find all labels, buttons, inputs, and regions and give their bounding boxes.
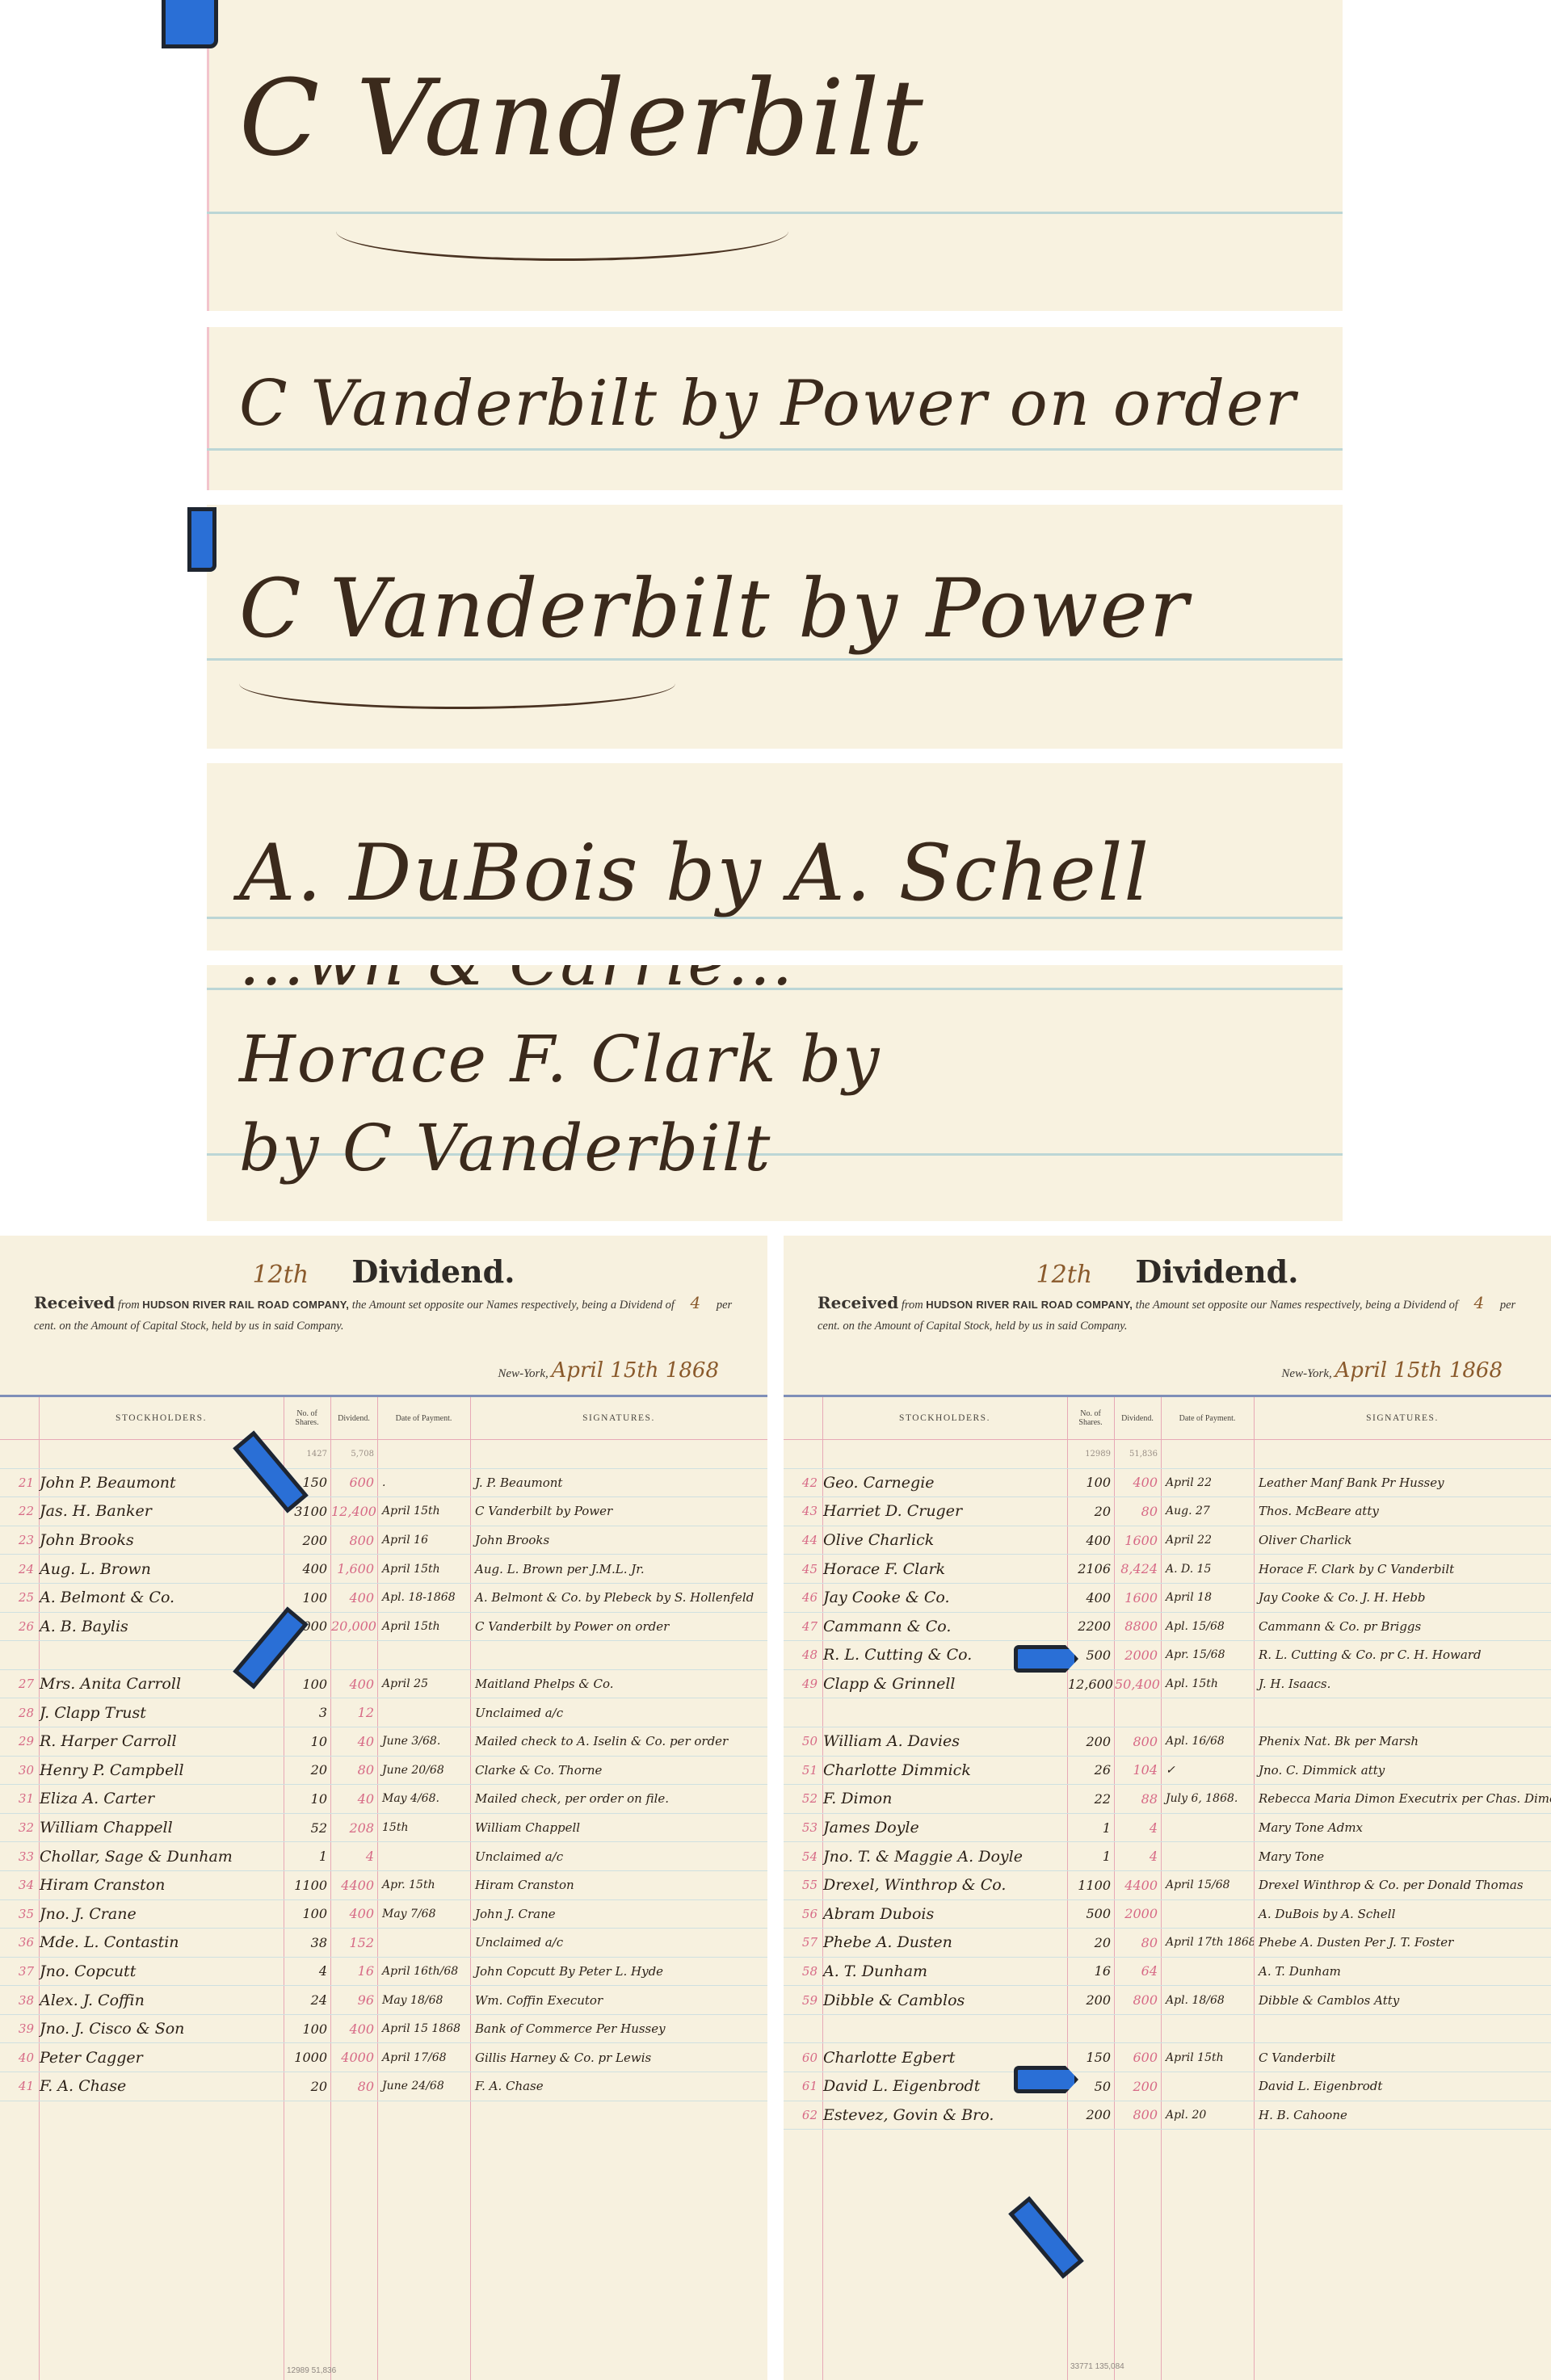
row-number: 57 [784, 1929, 822, 1958]
share-count: 100 [284, 1583, 330, 1612]
row-number [0, 1641, 39, 1670]
stockholder-name: R. Harper Carroll [39, 1727, 284, 1756]
payment-date: Apl. 18/68 [1161, 1986, 1254, 2015]
signature-text-above: ...wn & Carrie... [239, 965, 794, 1000]
row-number: 38 [0, 1986, 39, 2015]
ledger-page-right: 12th Dividend. Received from HUDSON RIVE… [784, 1236, 1551, 2380]
stockholder-name: Clapp & Grinnell [822, 1669, 1067, 1698]
signature: Oliver Charlick [1254, 1526, 1551, 1555]
payment-date: April 15th [377, 1555, 470, 1584]
col-date: Date of Payment. [1161, 1397, 1254, 1440]
dividend-title: 12th Dividend. [784, 1253, 1551, 1290]
share-count: 100 [284, 1669, 330, 1698]
dividend-amount: 800 [330, 1526, 377, 1555]
stockholder-name [822, 1698, 1067, 1727]
table-row: 28J. Clapp Trust312Unclaimed a/c [0, 1698, 767, 1727]
payment-date: Apl. 18-1868 [377, 1583, 470, 1612]
page-total: 12989 51,836 [287, 2366, 336, 2375]
stockholders-table: STOCKHOLDERS. No. of Shares. Dividend. D… [0, 1397, 767, 2101]
signature [1254, 1698, 1551, 1727]
stockholder-name: James Doyle [822, 1813, 1067, 1842]
payment-date: May 18/68 [377, 1986, 470, 2015]
dividend-heading: Dividend. [351, 1253, 515, 1290]
table-body: 1427 5,708 21John P. Beaumont150600.J. P… [0, 1440, 767, 2101]
signature: Phebe A. Dusten Per J. T. Foster [1254, 1929, 1551, 1958]
dividend-amount: 800 [1114, 1727, 1161, 1756]
table-row: 29R. Harper Carroll1040June 3/68.Mailed … [0, 1727, 767, 1756]
share-count: 1 [1067, 1842, 1114, 1871]
row-number: 21 [0, 1468, 39, 1497]
signature: Hiram Cranston [470, 1870, 767, 1899]
payment-date: June 20/68 [377, 1756, 470, 1785]
share-count: 2200 [1067, 1612, 1114, 1641]
dividend-amount: 400 [330, 2014, 377, 2043]
table-row [784, 2014, 1551, 2043]
payment-date: 15th [377, 1813, 470, 1842]
col-dividend: Dividend. [330, 1397, 377, 1440]
share-count: 2106 [1067, 1555, 1114, 1584]
row-number: 32 [0, 1813, 39, 1842]
dividend-amount: 2000 [1114, 1899, 1161, 1929]
share-count: 22 [1067, 1785, 1114, 1814]
receipt-statement: Received from HUDSON RIVER RAIL ROAD COM… [34, 1292, 735, 1337]
stockholder-name: Jno. Copcutt [39, 1957, 284, 1986]
dividend-ordinal: 12th [253, 1261, 309, 1289]
dividend-amount: 400 [330, 1899, 377, 1929]
share-count: 20 [1067, 1497, 1114, 1526]
blue-marker-arrow [1014, 1645, 1078, 1673]
row-number: 44 [784, 1526, 822, 1555]
row-number: 59 [784, 1986, 822, 2015]
row-number [784, 1698, 822, 1727]
stockholder-name: Alex. J. Coffin [39, 1986, 284, 2015]
table-row: 47Cammann & Co.22008800Apl. 15/68Cammann… [784, 1612, 1551, 1641]
row-number: 40 [0, 2043, 39, 2072]
row-number: 47 [784, 1612, 822, 1641]
share-count: 200 [1067, 1986, 1114, 2015]
signature-crop-1: C Vanderbilt [207, 0, 1343, 311]
dividend-amount: 800 [1114, 1986, 1161, 2015]
row-number: 49 [784, 1669, 822, 1698]
table-row: 55Drexel, Winthrop & Co.11004400April 15… [784, 1870, 1551, 1899]
col-dividend: Dividend. [1114, 1397, 1161, 1440]
payment-date [1161, 1842, 1254, 1871]
signature-crop-5: ...wn & Carrie... Horace F. Clark by by … [207, 965, 1343, 1221]
stockholder-name: J. Clapp Trust [39, 1698, 284, 1727]
payment-date: April 15th [377, 1497, 470, 1526]
dividend-amount: 600 [330, 1468, 377, 1497]
dividend-amount: 4400 [1114, 1870, 1161, 1899]
table-row: 49Clapp & Grinnell12,60050,400Apl. 15thJ… [784, 1669, 1551, 1698]
table-row: 45Horace F. Clark21068,424A. D. 15Horace… [784, 1555, 1551, 1584]
row-number [784, 2014, 822, 2043]
table-row: 53James Doyle14Mary Tone Admx [784, 1813, 1551, 1842]
table-row: 48R. L. Cutting & Co.5002000Apr. 15/68R.… [784, 1641, 1551, 1670]
signature-text: C Vanderbilt by Power [239, 561, 1190, 656]
stockholder-name: Drexel, Winthrop & Co. [822, 1870, 1067, 1899]
row-number: 46 [784, 1583, 822, 1612]
dividend-amount: 152 [330, 1929, 377, 1958]
row-number: 25 [0, 1583, 39, 1612]
share-count: 500 [1067, 1899, 1114, 1929]
signature: Rebecca Maria Dimon Executrix per Chas. … [1254, 1785, 1551, 1814]
stockholder-name: Jno. J. Crane [39, 1899, 284, 1929]
share-count: 20 [1067, 1929, 1114, 1958]
share-count: 16 [1067, 1957, 1114, 1986]
signature: John J. Crane [470, 1899, 767, 1929]
row-number: 53 [784, 1813, 822, 1842]
carry-forward-row: 1427 5,708 [0, 1440, 767, 1469]
table-row: 62Estevez, Govin & Bro.200800Apl. 20H. B… [784, 2101, 1551, 2130]
row-number: 39 [0, 2014, 39, 2043]
table-row: 51Charlotte Dimmick26104✓Jno. C. Dimmick… [784, 1756, 1551, 1785]
stockholder-name: William Chappell [39, 1813, 284, 1842]
signature-text-below: by C Vanderbilt [239, 1110, 771, 1186]
payment-date: A. D. 15 [1161, 1555, 1254, 1584]
payment-date [377, 1842, 470, 1871]
signature: Unclaimed a/c [470, 1842, 767, 1871]
signature: J. P. Beaumont [470, 1468, 767, 1497]
dividend-amount: 104 [1114, 1756, 1161, 1785]
table-row: 50William A. Davies200800Apl. 16/68Pheni… [784, 1727, 1551, 1756]
dividend-amount [330, 1641, 377, 1670]
received-label: Received [818, 1293, 898, 1312]
receipt-dateline: New-York, April 15th 1868 [498, 1358, 719, 1383]
signature: C Vanderbilt by Power [470, 1497, 767, 1526]
stockholder-name: Horace F. Clark [822, 1555, 1067, 1584]
table-row: 27Mrs. Anita Carroll100400April 25Maitla… [0, 1669, 767, 1698]
dividend-amount: 800 [1114, 2101, 1161, 2130]
col-shares: No. of Shares. [1067, 1397, 1114, 1440]
payment-date: April 25 [377, 1669, 470, 1698]
payment-date: April 17th 1868 [1161, 1929, 1254, 1958]
row-number: 58 [784, 1957, 822, 1986]
stockholder-name: Hiram Cranston [39, 1870, 284, 1899]
carry-shares: 1427 [284, 1440, 330, 1469]
stockholder-name: Chollar, Sage & Dunham [39, 1842, 284, 1871]
stockholder-name [822, 2014, 1067, 2043]
table-row [784, 1698, 1551, 1727]
payment-date: April 15th [377, 1612, 470, 1641]
dividend-amount [1114, 2014, 1161, 2043]
table-row: 42Geo. Carnegie100400April 22Leather Man… [784, 1468, 1551, 1497]
table-row: 35Jno. J. Crane100400May 7/68John J. Cra… [0, 1899, 767, 1929]
signature: R. L. Cutting & Co. pr C. H. Howard [1254, 1641, 1551, 1670]
stockholder-name: Jno. T. & Maggie A. Doyle [822, 1842, 1067, 1871]
signature: J. H. Isaacs. [1254, 1669, 1551, 1698]
payment-date: April 15 1868 [377, 2014, 470, 2043]
signature-text: A. DuBois by A. Schell [239, 828, 1150, 918]
row-number: 61 [784, 2072, 822, 2101]
total-dividend: 135,084 [1095, 2362, 1124, 2371]
payment-date [1161, 1813, 1254, 1842]
row-number: 62 [784, 2101, 822, 2130]
dividend-title: 12th Dividend. [0, 1253, 767, 1290]
table-row: 38Alex. J. Coffin2496May 18/68Wm. Coffin… [0, 1986, 767, 2015]
ledger-rule [207, 448, 1343, 451]
payment-date: . [377, 1468, 470, 1497]
row-number: 48 [784, 1641, 822, 1670]
payment-date: Apl. 20 [1161, 2101, 1254, 2130]
dividend-amount: 12,400 [330, 1497, 377, 1526]
table-row: 31Eliza A. Carter1040May 4/68.Mailed che… [0, 1785, 767, 1814]
table-row: 25A. Belmont & Co.100400Apl. 18-1868A. B… [0, 1583, 767, 1612]
signature: C Vanderbilt [1254, 2043, 1551, 2072]
dividend-percent: 4 [677, 1293, 713, 1312]
signature-crop-2: C Vanderbilt by Power on order [207, 327, 1343, 490]
row-number: 42 [784, 1468, 822, 1497]
total-shares: 33771 [1070, 2362, 1093, 2371]
table-row: 23John Brooks200800April 16John Brooks [0, 1526, 767, 1555]
table-row: 60Charlotte Egbert150600April 15thC Vand… [784, 2043, 1551, 2072]
table-row: 37Jno. Copcutt416April 16th/68John Copcu… [0, 1957, 767, 1986]
row-number: 35 [0, 1899, 39, 1929]
payment-date: May 4/68. [377, 1785, 470, 1814]
table-row: 26A. B. Baylis500020,000April 15thC Vand… [0, 1612, 767, 1641]
payment-date: Apr. 15th [377, 1870, 470, 1899]
table-row: 32William Chappell5220815thWilliam Chapp… [0, 1813, 767, 1842]
payment-date: ✓ [1161, 1756, 1254, 1785]
blue-marker-arrow [1014, 2066, 1078, 2093]
table-row [0, 1641, 767, 1670]
stockholder-name: Olive Charlick [822, 1526, 1067, 1555]
receipt-from: from [902, 1299, 923, 1312]
share-count: 200 [1067, 1727, 1114, 1756]
blue-marker-arrow [187, 507, 216, 572]
dividend-amount: 8,424 [1114, 1555, 1161, 1584]
signature: Mailed check, per order on file. [470, 1785, 767, 1814]
dividend-amount: 600 [1114, 2043, 1161, 2072]
col-shares: No. of Shares. [284, 1397, 330, 1440]
signature: Phenix Nat. Bk per Marsh [1254, 1727, 1551, 1756]
table-row: 46Jay Cooke & Co.4001600April 18Jay Cook… [784, 1583, 1551, 1612]
payment-date [377, 1698, 470, 1727]
signature-underline [239, 658, 675, 709]
total-shares: 12989 [287, 2366, 309, 2375]
signature: C Vanderbilt by Power on order [470, 1612, 767, 1641]
stockholder-name: Mde. L. Contastin [39, 1929, 284, 1958]
dividend-amount: 4000 [330, 2043, 377, 2072]
payment-date: Apl. 15th [1161, 1669, 1254, 1698]
col-stockholders: STOCKHOLDERS. [822, 1397, 1067, 1440]
company-name: HUDSON RIVER RAIL ROAD COMPANY, [142, 1299, 349, 1311]
table-row: 59Dibble & Camblos200800Apl. 18/68Dibble… [784, 1986, 1551, 2015]
dividend-amount [1114, 1698, 1161, 1727]
share-count: 100 [284, 1899, 330, 1929]
share-count: 1000 [284, 2043, 330, 2072]
row-number: 28 [0, 1698, 39, 1727]
signature: Gillis Harney & Co. pr Lewis [470, 2043, 767, 2072]
signature: Mailed check to A. Iselin & Co. per orde… [470, 1727, 767, 1756]
receipt-date: April 15th 1868 [552, 1358, 719, 1383]
total-dividend: 51,836 [312, 2366, 337, 2375]
row-number: 36 [0, 1929, 39, 1958]
receipt-dateline: New-York, April 15th 1868 [1281, 1358, 1503, 1383]
signature: Aug. L. Brown per J.M.L. Jr. [470, 1555, 767, 1584]
share-count: 200 [1067, 2101, 1114, 2130]
dividend-amount: 4 [1114, 1813, 1161, 1842]
table-row: 44Olive Charlick4001600April 22Oliver Ch… [784, 1526, 1551, 1555]
row-number: 45 [784, 1555, 822, 1584]
signature: Wm. Coffin Executor [470, 1986, 767, 2015]
stockholder-name: Charlotte Dimmick [822, 1756, 1067, 1785]
table-row: 30Henry P. Campbell2080June 20/68Clarke … [0, 1756, 767, 1785]
dividend-amount: 4 [1114, 1842, 1161, 1871]
col-stockholders: STOCKHOLDERS. [39, 1397, 284, 1440]
share-count: 52 [284, 1813, 330, 1842]
dividend-amount: 1600 [1114, 1526, 1161, 1555]
payment-date: June 3/68. [377, 1727, 470, 1756]
carry-dividend: 5,708 [330, 1440, 377, 1469]
share-count: 3 [284, 1698, 330, 1727]
dividend-amount: 64 [1114, 1957, 1161, 1986]
share-count: 12,600 [1067, 1669, 1114, 1698]
stockholders-table: STOCKHOLDERS. No. of Shares. Dividend. D… [784, 1397, 1551, 2130]
stockholder-name: Peter Cagger [39, 2043, 284, 2072]
signature [470, 1641, 767, 1670]
share-count: 1100 [284, 1870, 330, 1899]
payment-date: April 16 [377, 1526, 470, 1555]
signature: David L. Eigenbrodt [1254, 2072, 1551, 2101]
payment-date [1161, 1899, 1254, 1929]
share-count: 200 [284, 1526, 330, 1555]
row-number: 30 [0, 1756, 39, 1785]
table-row: 36Mde. L. Contastin38152Unclaimed a/c [0, 1929, 767, 1958]
stockholder-name: Jay Cooke & Co. [822, 1583, 1067, 1612]
stockholder-name: F. A. Chase [39, 2072, 284, 2101]
table-row: 57Phebe A. Dusten2080April 17th 1868Pheb… [784, 1929, 1551, 1958]
stockholder-name: Jas. H. Banker [39, 1497, 284, 1526]
payment-date: April 22 [1161, 1468, 1254, 1497]
row-number: 29 [0, 1727, 39, 1756]
stockholder-name: Phebe A. Dusten [822, 1929, 1067, 1958]
table-row: 40Peter Cagger10004000April 17/68Gillis … [0, 2043, 767, 2072]
signature: Jno. C. Dimmick atty [1254, 1756, 1551, 1785]
stockholder-name: Henry P. Campbell [39, 1756, 284, 1785]
dividend-heading: Dividend. [1135, 1253, 1298, 1290]
row-number: 56 [784, 1899, 822, 1929]
dividend-amount: 50,400 [1114, 1669, 1161, 1698]
payment-date: May 7/68 [377, 1899, 470, 1929]
signature: Jay Cooke & Co. J. H. Hebb [1254, 1583, 1551, 1612]
signature: Leather Manf Bank Pr Hussey [1254, 1468, 1551, 1497]
payment-date: Apr. 15/68 [1161, 1641, 1254, 1670]
row-number: 43 [784, 1497, 822, 1526]
signature: A. T. Dunham [1254, 1957, 1551, 1986]
stockholder-name: John Brooks [39, 1526, 284, 1555]
stockholder-name: Harriet D. Cruger [822, 1497, 1067, 1526]
dividend-amount: 80 [330, 2072, 377, 2101]
dividend-amount: 40 [330, 1785, 377, 1814]
table-row: 22Jas. H. Banker310012,400April 15thC Va… [0, 1497, 767, 1526]
stockholder-name: Jno. J. Cisco & Son [39, 2014, 284, 2043]
page-header: 12th Dividend. Received from HUDSON RIVE… [784, 1236, 1551, 1393]
share-count: 1 [1067, 1813, 1114, 1842]
signature: A. Belmont & Co. by Plebeck by S. Hollen… [470, 1583, 767, 1612]
row-number: 22 [0, 1497, 39, 1526]
share-count: 150 [1067, 2043, 1114, 2072]
signature: Bank of Commerce Per Hussey [470, 2014, 767, 2043]
receipt-from: from [118, 1299, 140, 1312]
table-row: 39Jno. J. Cisco & Son100400April 15 1868… [0, 2014, 767, 2043]
signature: Dibble & Camblos Atty [1254, 1986, 1551, 2015]
dividend-amount: 400 [330, 1583, 377, 1612]
row-number: 55 [784, 1870, 822, 1899]
dividend-amount: 400 [1114, 1468, 1161, 1497]
table-row: 34Hiram Cranston11004400Apr. 15thHiram C… [0, 1870, 767, 1899]
table-body: 12989 51,836 42Geo. Carnegie100400April … [784, 1440, 1551, 2130]
stockholder-name: A. B. Baylis [39, 1612, 284, 1641]
payment-date [1161, 2014, 1254, 2043]
dividend-amount: 20,000 [330, 1612, 377, 1641]
stockholder-name: Cammann & Co. [822, 1612, 1067, 1641]
payment-date: June 24/68 [377, 2072, 470, 2101]
receipt-date: April 15th 1868 [1335, 1358, 1503, 1383]
row-number: 33 [0, 1842, 39, 1871]
table-row: 43Harriet D. Cruger2080Aug. 27Thos. McBe… [784, 1497, 1551, 1526]
share-count: 400 [1067, 1583, 1114, 1612]
row-number: 60 [784, 2043, 822, 2072]
payment-date: April 17/68 [377, 2043, 470, 2072]
payment-date [1161, 1698, 1254, 1727]
stockholder-name: Abram Dubois [822, 1899, 1067, 1929]
col-number [0, 1397, 39, 1440]
signature-text: C Vanderbilt by Power on order [239, 367, 1297, 440]
col-date: Date of Payment. [377, 1397, 470, 1440]
share-count: 10 [284, 1727, 330, 1756]
page-total: 33771 135,084 [1070, 2362, 1124, 2371]
dividend-amount: 1600 [1114, 1583, 1161, 1612]
share-count [1067, 2014, 1114, 2043]
payment-date: Apl. 15/68 [1161, 1612, 1254, 1641]
signature: A. DuBois by A. Schell [1254, 1899, 1551, 1929]
signature: John Brooks [470, 1526, 767, 1555]
row-number: 23 [0, 1526, 39, 1555]
signature-text: Horace F. Clark by [239, 1022, 881, 1097]
payment-date: April 18 [1161, 1583, 1254, 1612]
row-number: 37 [0, 1957, 39, 1986]
share-count: 10 [284, 1785, 330, 1814]
share-count: 20 [284, 2072, 330, 2101]
dividend-ordinal: 12th [1036, 1261, 1093, 1289]
ledger-margin-line [207, 327, 209, 490]
row-number: 52 [784, 1785, 822, 1814]
place: New-York, [498, 1367, 548, 1380]
share-count: 1100 [1067, 1870, 1114, 1899]
carry-dividend: 51,836 [1114, 1440, 1161, 1469]
table-row: 52F. Dimon2288July 6, 1868.Rebecca Maria… [784, 1785, 1551, 1814]
payment-date: April 15th [1161, 2043, 1254, 2072]
row-number: 34 [0, 1870, 39, 1899]
table-row: 41F. A. Chase2080June 24/68F. A. Chase [0, 2072, 767, 2101]
payment-date: April 22 [1161, 1526, 1254, 1555]
table-row: 21John P. Beaumont150600.J. P. Beaumont [0, 1468, 767, 1497]
signature: Unclaimed a/c [470, 1929, 767, 1958]
dividend-amount: 88 [1114, 1785, 1161, 1814]
signature: Unclaimed a/c [470, 1698, 767, 1727]
payment-date: Aug. 27 [1161, 1497, 1254, 1526]
ledger-page-left: 12th Dividend. Received from HUDSON RIVE… [0, 1236, 767, 2380]
dividend-amount: 400 [330, 1669, 377, 1698]
dividend-amount: 80 [1114, 1929, 1161, 1958]
row-number: 31 [0, 1785, 39, 1814]
share-count: 400 [284, 1555, 330, 1584]
signature-crop-4: A. DuBois by A. Schell [207, 763, 1343, 951]
payment-date: Apl. 16/68 [1161, 1727, 1254, 1756]
table-row: 24Aug. L. Brown4001,600April 15thAug. L.… [0, 1555, 767, 1584]
payment-date [377, 1929, 470, 1958]
row-number: 24 [0, 1555, 39, 1584]
